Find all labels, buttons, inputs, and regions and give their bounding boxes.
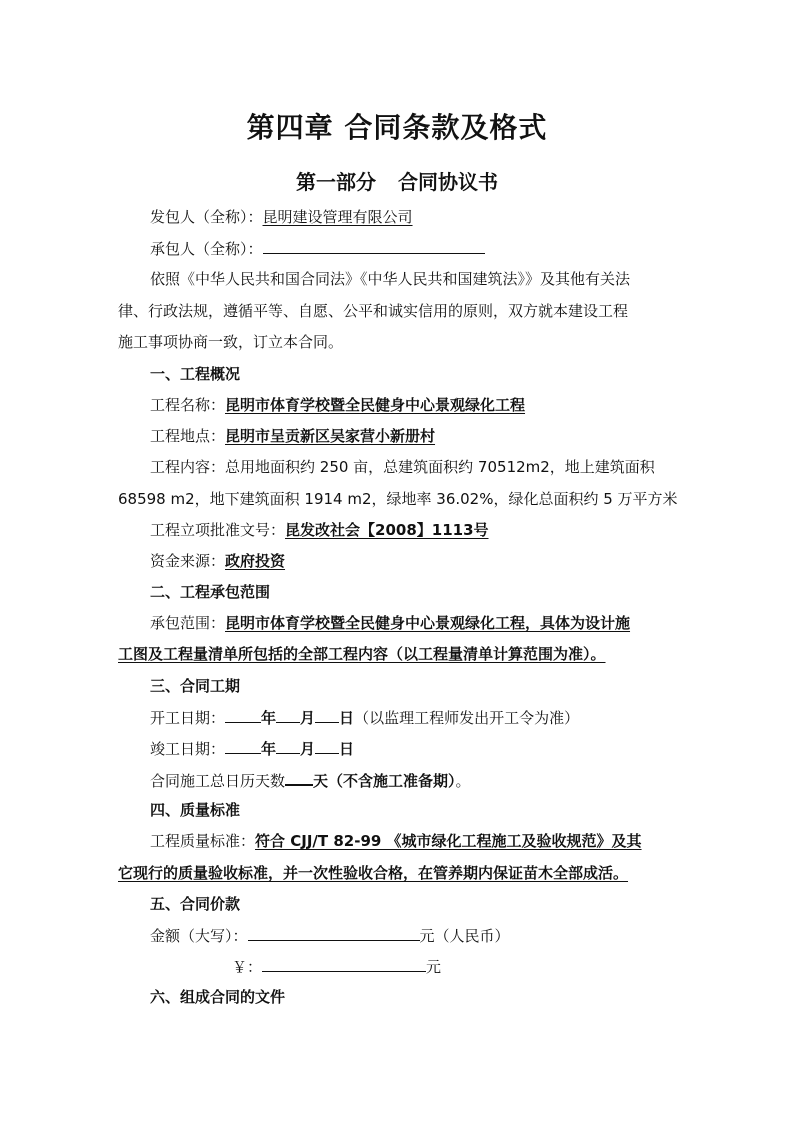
scope-line-1: 承包范围：昆明市体育学校暨全民健身中心景观绿化工程，具体为设计施 [150, 612, 630, 634]
total-days-line: 合同施工总日历天数天（不含施工准备期）。 [150, 768, 471, 792]
start-day-blank[interactable] [315, 706, 339, 723]
amount-words-line: 金额（大写）：元（人民币） [150, 924, 510, 947]
employer-line: 发包人（全称）：昆明建设管理有限公司 [150, 206, 413, 228]
preamble-line-2: 律、行政法规，遵循平等、自愿、公平和诚实信用的原则，双方就本建设工程 [118, 300, 628, 322]
project-site-value: 昆明市呈贡新区吴家营小新册村 [225, 427, 435, 445]
end-month-blank[interactable] [276, 737, 300, 754]
end-year-blank[interactable] [225, 737, 261, 754]
funding-value: 政府投资 [225, 552, 285, 570]
month-label: 月 [300, 740, 315, 758]
funding-label: 资金来源： [150, 552, 225, 570]
start-date-label: 开工日期： [150, 709, 225, 727]
total-days-unit: 天（不含施工准备期） [313, 772, 456, 790]
project-site-line: 工程地点：昆明市呈贡新区吴家营小新册村 [150, 425, 435, 447]
amount-words-label: 金额（大写）： [150, 927, 248, 945]
amount-figures-line: ￥：元 [232, 955, 441, 978]
total-days-blank[interactable] [285, 768, 313, 786]
section-4-heading: 四、质量标准 [150, 799, 240, 821]
approval-label: 工程立项批准文号： [150, 521, 285, 539]
year-label: 年 [261, 709, 276, 727]
amount-figures-blank[interactable] [262, 955, 426, 972]
month-label: 月 [300, 709, 315, 727]
scope-line-2: 工图及工程量清单所包括的全部工程内容（以工程量清单计算范围为准）。 [118, 643, 606, 665]
project-content-line-1: 工程内容：总用地面积约 250 亩，总建筑面积约 70512m2，地上建筑面积 [150, 456, 655, 478]
document-page: 第四章 合同条款及格式 第一部分合同协议书 发包人（全称）：昆明建设管理有限公司… [0, 0, 794, 1123]
section-3-heading: 三、合同工期 [150, 675, 240, 697]
employer-value: 昆明建设管理有限公司 [263, 208, 413, 226]
preamble-line-3: 施工事项协商一致，订立本合同。 [118, 331, 343, 353]
amount-figures-unit: 元 [426, 958, 441, 976]
amount-figures-label: ￥： [232, 958, 262, 976]
end-day-blank[interactable] [315, 737, 339, 754]
section-1-heading: 一、工程概况 [150, 363, 240, 385]
start-month-blank[interactable] [276, 706, 300, 723]
funding-line: 资金来源：政府投资 [150, 550, 285, 572]
quality-line-1: 工程质量标准：符合 CJJ/T 82-99 《城市绿化工程施工及验收规范》及其 [150, 830, 642, 852]
scope-label: 承包范围： [150, 614, 225, 632]
end-date-line: 竣工日期：年月日 [150, 737, 354, 760]
part-title: 第一部分合同协议书 [0, 168, 794, 196]
quality-label: 工程质量标准： [150, 832, 255, 850]
start-year-blank[interactable] [225, 706, 261, 723]
part-title-number: 第一部分 [296, 170, 376, 194]
project-name-label: 工程名称： [150, 396, 225, 414]
day-label: 日 [339, 740, 354, 758]
start-date-line: 开工日期：年月日（以监理工程师发出开工令为准） [150, 706, 579, 729]
quality-line-2: 它现行的质量验收标准，并一次性验收合格，在管养期内保证苗木全部成活。 [118, 862, 628, 884]
contractor-blank[interactable] [263, 237, 485, 254]
scope-value-1: 昆明市体育学校暨全民健身中心景观绿化工程，具体为设计施 [225, 614, 630, 632]
end-date-label: 竣工日期： [150, 740, 225, 758]
project-name-line: 工程名称：昆明市体育学校暨全民健身中心景观绿化工程 [150, 394, 525, 416]
amount-words-unit: 元（人民币） [420, 927, 510, 945]
chapter-title: 第四章 合同条款及格式 [0, 108, 794, 148]
total-days-period: 。 [456, 772, 471, 790]
approval-line: 工程立项批准文号：昆发改社会【2008】1113号 [150, 519, 489, 541]
contractor-line: 承包人（全称）： [150, 237, 485, 260]
project-content-line-2: 68598 m2，地下建筑面积 1914 m2，绿地率 36.02%，绿化总面积… [118, 488, 678, 510]
start-date-note: （以监理工程师发出开工令为准） [354, 709, 579, 727]
part-title-name: 合同协议书 [398, 170, 498, 194]
preamble-line-1: 依照《中华人民共和国合同法》《中华人民共和国建筑法》》及其他有关法 [150, 268, 630, 290]
total-days-label: 合同施工总日历天数 [150, 772, 285, 790]
section-5-heading: 五、合同价款 [150, 893, 240, 915]
project-name-value: 昆明市体育学校暨全民健身中心景观绿化工程 [225, 396, 525, 414]
section-2-heading: 二、工程承包范围 [150, 581, 270, 603]
employer-label: 发包人（全称）： [150, 208, 263, 226]
amount-words-blank[interactable] [248, 924, 420, 941]
approval-value: 昆发改社会【2008】1113号 [285, 521, 489, 539]
day-label: 日 [339, 709, 354, 727]
year-label: 年 [261, 740, 276, 758]
project-site-label: 工程地点： [150, 427, 225, 445]
quality-value-1: 符合 CJJ/T 82-99 《城市绿化工程施工及验收规范》及其 [255, 832, 642, 850]
section-6-heading: 六、组成合同的文件 [150, 986, 285, 1008]
contractor-label: 承包人（全称）： [150, 240, 263, 258]
